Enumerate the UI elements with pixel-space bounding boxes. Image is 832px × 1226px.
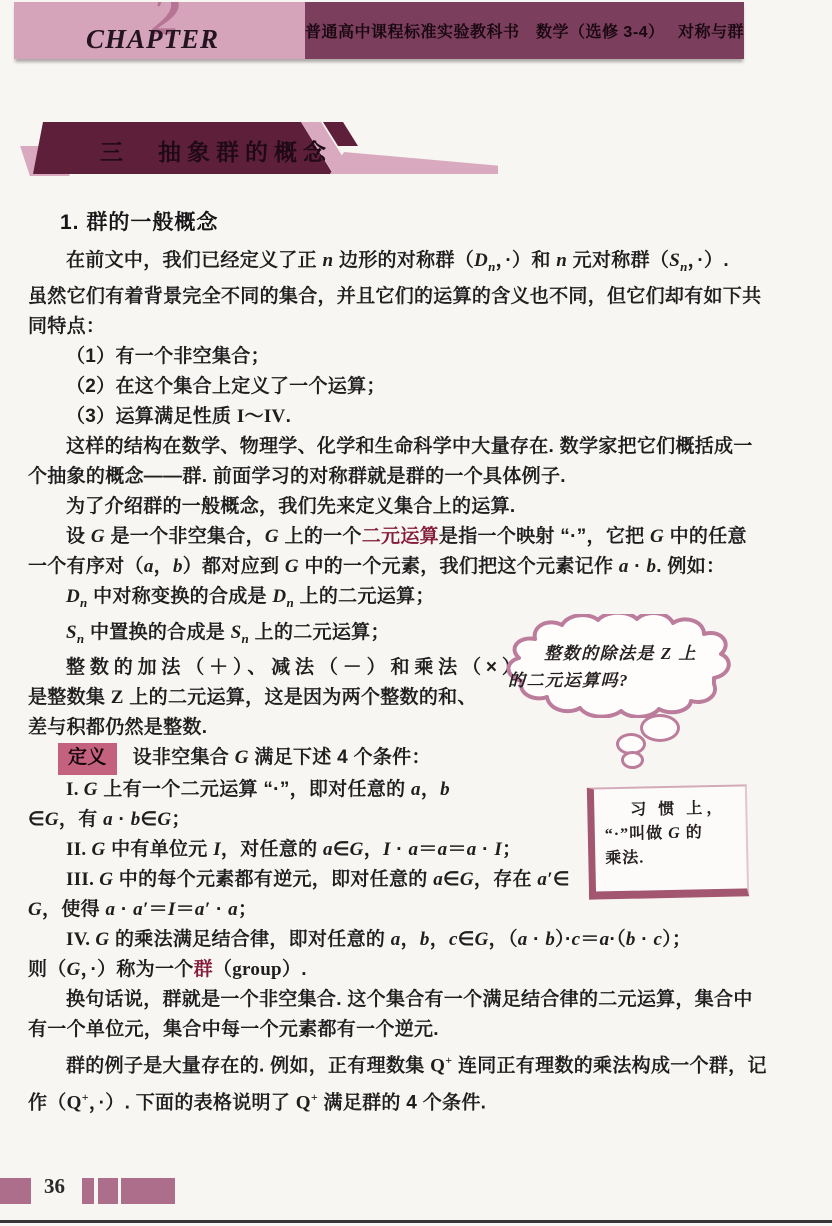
header-title-block: 普通高中课程标准实验教科书 数学（选修 3-4） 对称与群 xyxy=(305,2,744,59)
paragraph-condition-iv: IV. G 的乘法满足结合律，即对任意的 a，b，c∈G，（a · b）·c＝a… xyxy=(28,925,812,985)
definition-statement: 设非空集合 G 满足下述 4 个条件： xyxy=(133,747,431,768)
text-segment: ； xyxy=(171,809,190,830)
bubble-trail-circle xyxy=(640,714,680,742)
banner-tail xyxy=(330,152,498,174)
text-line: 设非空集合 G 满足下述 4 个条件： xyxy=(133,747,431,768)
text-segment: 的 xyxy=(681,824,703,841)
text-segment: ＝ xyxy=(149,899,168,920)
text-segment: “·”叫做 xyxy=(605,825,669,843)
text-segment: 差与积都仍然是整数. xyxy=(28,717,207,738)
text-segment: a′ xyxy=(133,899,148,920)
text-segment: G xyxy=(45,809,59,830)
text-segment: ∈ xyxy=(458,929,475,950)
text-segment: n xyxy=(322,250,333,271)
text-line: 整数的加法（＋）、减法（－）和乘法（×）都 xyxy=(28,653,545,683)
text-segment: 整数的除法是 xyxy=(544,644,661,663)
text-segment: 群 xyxy=(194,959,213,980)
section-banner: 三 抽象群的概念 xyxy=(25,120,495,180)
text-segment: 中的一个元素，我们把这个元素记作 xyxy=(299,556,619,577)
text-line: 为了介绍群的一般概念，我们先来定义集合上的运算. xyxy=(28,492,812,522)
text-segment: ，有 xyxy=(59,809,103,830)
text-segment: 是指一个映射 “·”，它把 xyxy=(439,526,650,547)
text-segment: 上的一个 xyxy=(279,526,362,547)
text-segment: b xyxy=(440,779,450,800)
text-line: 差与积都仍然是整数. xyxy=(28,713,545,743)
text-line: 同特点： xyxy=(28,312,812,342)
text-segment: 的乘法满足结合律，即对任意的 xyxy=(109,929,390,950)
text-segment: G xyxy=(157,809,171,830)
text-segment: a xyxy=(106,899,116,920)
text-segment: b xyxy=(420,929,430,950)
text-segment: Q xyxy=(296,1092,311,1113)
text-segment: I. xyxy=(66,779,84,800)
text-segment: ， xyxy=(430,929,449,950)
page-bottom-edge xyxy=(0,1220,832,1223)
text-segment: ，·）. xyxy=(688,250,729,271)
text-segment: a xyxy=(411,779,421,800)
text-segment: n xyxy=(286,595,294,610)
text-line: 乘法. xyxy=(605,845,738,872)
text-segment: I～IV xyxy=(237,406,286,427)
footer-decoration-block xyxy=(98,1178,118,1204)
text-segment: a′ xyxy=(537,869,552,890)
text-segment: 有一个单位元，集合中每一个元素都有一个逆元. xyxy=(28,1019,439,1040)
text-segment: 换句话说，群就是一个非空集合. 这个集合有一个满足结合律的二元运算，集合中 xyxy=(66,989,753,1010)
text-segment: 虽然它们有着背景完全不同的集合，并且它们的运算的含义也不同，但它们却有如下共 xyxy=(28,286,761,307)
text-segment: （1）有一个非空集合； xyxy=(66,346,270,367)
text-segment: c xyxy=(654,929,663,950)
text-line: 一个有序对（a，b）都对应到 G 中的一个元素，我们把这个元素记作 a · b.… xyxy=(28,552,812,582)
text-segment: ＝ xyxy=(580,929,599,950)
text-segment: （ xyxy=(213,959,232,980)
text-line: 虽然它们有着背景完全不同的集合，并且它们的运算的含义也不同，但它们却有如下共 xyxy=(28,282,812,312)
text-segment: + xyxy=(311,1090,318,1104)
footer-decoration-block xyxy=(82,1178,94,1204)
text-segment: G xyxy=(475,929,489,950)
text-segment: a xyxy=(518,929,528,950)
text-segment: 一个有序对（ xyxy=(28,556,144,577)
paragraph-list: （1）有一个非空集合；（2）在这个集合上定义了一个运算；（3）运算满足性质 I～… xyxy=(28,342,812,432)
text-segment: · xyxy=(477,839,495,860)
text-segment: n xyxy=(488,259,496,274)
text-segment: G xyxy=(99,869,113,890)
text-segment: D xyxy=(66,586,80,607)
text-segment: 这样的结构在数学、物理学、化学和生命科学中大量存在. 数学家把它们概括成一 xyxy=(66,436,753,457)
text-segment: n xyxy=(556,250,567,271)
text-segment: ，对任意的 xyxy=(221,839,323,860)
text-segment: 边形的对称群（ xyxy=(333,250,474,271)
text-segment: ； xyxy=(238,899,257,920)
text-segment: . 例如： xyxy=(656,556,725,577)
text-segment: Q xyxy=(67,1092,82,1113)
text-segment: 上的二元运算； xyxy=(294,586,435,607)
text-segment: . xyxy=(286,406,292,427)
text-segment: 是一个非空集合， xyxy=(105,526,265,547)
text-segment: G xyxy=(235,747,249,768)
text-segment: c xyxy=(449,929,458,950)
text-segment: ； xyxy=(502,839,521,860)
text-segment: a xyxy=(619,556,629,577)
text-segment: n xyxy=(680,259,688,274)
text-segment: 群的例子是大量存在的. 例如，正有理数集 xyxy=(66,1056,430,1077)
text-segment: ，·）和 xyxy=(496,250,557,271)
footer-decoration-block xyxy=(0,1178,31,1204)
text-segment: 习 惯 上， xyxy=(630,800,726,819)
chapter-label: CHAPTER xyxy=(86,24,219,55)
text-line: （3）运算满足性质 I～IV. xyxy=(28,402,812,432)
text-segment: group xyxy=(232,959,282,980)
margin-note: 习 惯 上，“·”叫做 G 的乘法. xyxy=(587,784,749,899)
text-segment: · xyxy=(113,809,131,830)
text-segment: a′ xyxy=(195,899,210,920)
text-segment: · xyxy=(636,929,654,950)
text-line: 的二元运算吗? xyxy=(508,667,723,694)
text-line: “·”叫做 G 的 xyxy=(605,821,738,848)
text-segment: 中的任意 xyxy=(664,526,747,547)
text-segment: 上 xyxy=(673,644,697,663)
text-segment: ＝ xyxy=(447,839,466,860)
text-segment: n xyxy=(80,595,88,610)
text-segment: ∈ xyxy=(443,869,460,890)
text-segment: 为了介绍群的一般概念，我们先来定义集合上的运算. xyxy=(66,496,515,517)
text-line: 作（Q+，·）. 下面的表格说明了 Q+ 满足群的 4 个条件. xyxy=(28,1082,812,1118)
text-segment: II. xyxy=(66,839,92,860)
text-segment: S xyxy=(66,622,77,643)
text-segment: 中有单位元 xyxy=(106,839,214,860)
text-segment: ）. xyxy=(282,959,307,980)
text-segment: 个抽象的概念——群. 前面学习的对称群就是群的一个具体例子. xyxy=(28,466,566,487)
thought-bubble: 整数的除法是 Z 上的二元运算吗? xyxy=(490,614,744,718)
text-segment: G xyxy=(650,526,664,547)
text-line: 群的例子是大量存在的. 例如，正有理数集 Q+ 连同正有理数的乘法构成一个群，记 xyxy=(28,1045,812,1081)
text-segment: （2）在这个集合上定义了一个运算； xyxy=(66,376,386,397)
text-segment: b xyxy=(646,556,656,577)
text-segment: IV. xyxy=(66,929,95,950)
text-segment: a xyxy=(103,809,113,830)
text-segment: · xyxy=(210,899,228,920)
text-segment: a xyxy=(323,839,333,860)
text-segment: 中对称变换的合成是 xyxy=(88,586,273,607)
text-segment: a xyxy=(409,839,419,860)
text-segment: + xyxy=(82,1090,89,1104)
text-segment: a xyxy=(438,839,448,860)
text-segment: ·（ xyxy=(609,929,625,950)
text-segment: G xyxy=(91,526,105,547)
text-segment: 上有一个二元运算 “·”，即对任意的 xyxy=(98,779,411,800)
text-segment: III. xyxy=(66,869,99,890)
paragraph-structure: 这样的结构在数学、物理学、化学和生命科学中大量存在. 数学家把它们概括成一个抽象… xyxy=(28,432,812,492)
text-line: 在前文中，我们已经定义了正 n 边形的对称群（Dn，·）和 n 元对称群（Sn，… xyxy=(28,246,812,282)
text-segment: ∈ xyxy=(141,809,158,830)
text-segment: ，·）称为一个 xyxy=(81,959,194,980)
text-segment: b xyxy=(131,809,141,830)
text-line: IV. G 的乘法满足结合律，即对任意的 a，b，c∈G，（a · b）·c＝a… xyxy=(28,925,812,955)
text-segment: I xyxy=(213,839,221,860)
text-line: G，使得 a · a′＝I＝a′ · a； xyxy=(28,895,812,925)
paragraph-in-other-words: 换句话说，群就是一个非空集合. 这个集合有一个满足结合律的二元运算，集合中有一个… xyxy=(28,985,812,1045)
text-segment: 上的二元运算，这是因为两个整数的和、 xyxy=(124,687,477,708)
text-segment: a xyxy=(144,556,154,577)
text-segment: G xyxy=(460,869,474,890)
text-segment: b xyxy=(173,556,183,577)
text-segment: ， xyxy=(421,779,440,800)
text-segment: 连同正有理数的乘法构成一个群，记 xyxy=(452,1056,766,1077)
paragraph-lead-in: 为了介绍群的一般概念，我们先来定义集合上的运算. xyxy=(28,492,812,522)
text-segment: a xyxy=(433,869,443,890)
section-title: 三 抽象群的概念 xyxy=(100,134,332,167)
text-segment: ， xyxy=(154,556,173,577)
text-segment: G xyxy=(285,556,299,577)
definition-line: 定义设非空集合 G 满足下述 4 个条件： xyxy=(28,743,812,775)
text-segment: Z xyxy=(111,687,124,708)
text-segment: 中置换的合成是 xyxy=(84,622,230,643)
text-segment: G xyxy=(67,959,81,980)
text-line: 整数的除法是 Z 上 xyxy=(508,640,723,667)
text-segment: G xyxy=(92,839,106,860)
text-line: 习 惯 上， xyxy=(604,797,737,824)
page-number: 36 xyxy=(44,1174,65,1199)
text-line: 这样的结构在数学、物理学、化学和生命科学中大量存在. 数学家把它们概括成一 xyxy=(28,432,812,462)
text-line: （1）有一个非空集合； xyxy=(28,342,812,372)
text-segment: I xyxy=(383,839,391,860)
text-line: 有一个单位元，集合中每一个元素都有一个逆元. xyxy=(28,1015,812,1045)
bubble-trail-circle xyxy=(621,751,644,769)
text-segment: a xyxy=(600,929,610,950)
text-segment: a xyxy=(228,899,238,920)
text-line: 则（G，·）称为一个群（group）. xyxy=(28,955,812,985)
text-segment: ， xyxy=(364,839,383,860)
text-segment: 满足下述 4 个条件： xyxy=(249,747,431,768)
text-segment: ，（ xyxy=(489,929,518,950)
text-segment: ＝ xyxy=(418,839,437,860)
text-segment: G xyxy=(350,839,364,860)
text-segment: 在前文中，我们已经定义了正 xyxy=(66,250,322,271)
text-segment: ∈ xyxy=(333,839,350,860)
paragraph-example-q: 群的例子是大量存在的. 例如，正有理数集 Q+ 连同正有理数的乘法构成一个群，记… xyxy=(28,1045,812,1118)
text-segment: 同特点： xyxy=(28,316,105,337)
text-segment: S xyxy=(669,250,680,271)
text-segment: · xyxy=(528,929,546,950)
text-segment: ，存在 xyxy=(474,869,537,890)
text-line: 设 G 是一个非空集合，G 上的一个二元运算是指一个映射 “·”，它把 G 中的… xyxy=(28,522,812,552)
text-segment: D xyxy=(272,586,286,607)
text-segment: n xyxy=(242,630,250,645)
text-segment: · xyxy=(629,556,647,577)
text-segment: 满足群的 4 个条件. xyxy=(318,1092,486,1113)
text-segment: 作（ xyxy=(28,1092,67,1113)
text-segment: 上的二元运算； xyxy=(249,622,390,643)
text-segment: 设非空集合 xyxy=(133,747,235,768)
text-line: 个抽象的概念——群. 前面学习的对称群就是群的一个具体例子. xyxy=(28,462,812,492)
text-segment: ）· xyxy=(555,929,571,950)
text-segment: 二元运算 xyxy=(362,526,439,547)
text-segment: 的二元运算吗? xyxy=(508,671,629,690)
text-segment: G xyxy=(668,825,681,842)
text-segment: ＝ xyxy=(176,899,195,920)
definition-badge: 定义 xyxy=(58,743,117,775)
paragraph-intro: 在前文中，我们已经定义了正 n 边形的对称群（Dn，·）和 n 元对称群（Sn，… xyxy=(28,246,812,342)
text-segment: ，·）. 下面的表格说明了 xyxy=(89,1092,296,1113)
text-segment: 设 xyxy=(66,526,91,547)
text-segment: S xyxy=(231,622,242,643)
text-segment: Z xyxy=(661,644,673,663)
text-segment: G xyxy=(28,899,42,920)
text-segment: 则（ xyxy=(28,959,67,980)
text-segment: D xyxy=(474,250,488,271)
text-segment: 乘法. xyxy=(605,850,644,868)
text-segment: ∈ xyxy=(553,869,570,890)
text-line: 是整数集 Z 上的二元运算，这是因为两个整数的和、 xyxy=(28,683,545,713)
text-segment: Q xyxy=(430,1056,445,1077)
text-segment: · xyxy=(115,899,133,920)
text-segment: ∈ xyxy=(28,809,45,830)
text-segment: 是整数集 xyxy=(28,687,111,708)
text-segment: a xyxy=(467,839,477,860)
text-line: （2）在这个集合上定义了一个运算； xyxy=(28,372,812,402)
text-segment: · xyxy=(391,839,409,860)
book-title: 普通高中课程标准实验教科书 数学（选修 3-4） 对称与群 xyxy=(305,19,744,42)
text-segment: 元对称群（ xyxy=(567,250,669,271)
footer-decoration-block xyxy=(121,1178,175,1204)
text-segment: 中的每个元素都有逆元，即对任意的 xyxy=(113,869,433,890)
text-segment: ， xyxy=(401,929,420,950)
margin-note-text: 习 惯 上，“·”叫做 G 的乘法. xyxy=(604,797,738,872)
text-segment: （3）运算满足性质 xyxy=(66,406,237,427)
text-segment: I xyxy=(168,899,176,920)
text-segment: G xyxy=(84,779,98,800)
text-segment: G xyxy=(265,526,279,547)
text-segment: I xyxy=(494,839,502,860)
text-line: Dn 中对称变换的合成是 Dn 上的二元运算； xyxy=(28,582,812,618)
text-segment: ）； xyxy=(662,929,691,950)
header-bar: 2 CHAPTER 普通高中课程标准实验教科书 数学（选修 3-4） 对称与群 xyxy=(14,2,744,59)
paragraph-binary-operation: 设 G 是一个非空集合，G 上的一个二元运算是指一个映射 “·”，它把 G 中的… xyxy=(28,522,812,582)
bubble-text: 整数的除法是 Z 上的二元运算吗? xyxy=(508,640,723,694)
text-segment: a xyxy=(391,929,401,950)
text-segment: b xyxy=(545,929,555,950)
text-segment: ，使得 xyxy=(42,899,105,920)
text-segment: ）都对应到 xyxy=(183,556,285,577)
text-segment: G xyxy=(95,929,109,950)
chapter-block: 2 CHAPTER xyxy=(14,2,305,59)
text-segment: 整数的加法（＋）、减法（－）和乘法（×）都 xyxy=(66,657,545,678)
subsection-heading: 1. 群的一般概念 xyxy=(60,206,218,236)
text-line: 换句话说，群就是一个非空集合. 这个集合有一个满足结合律的二元运算，集合中 xyxy=(28,985,812,1015)
text-segment: b xyxy=(626,929,636,950)
paragraph-integers: 整数的加法（＋）、减法（－）和乘法（×）都是整数集 Z 上的二元运算，这是因为两… xyxy=(28,653,545,743)
